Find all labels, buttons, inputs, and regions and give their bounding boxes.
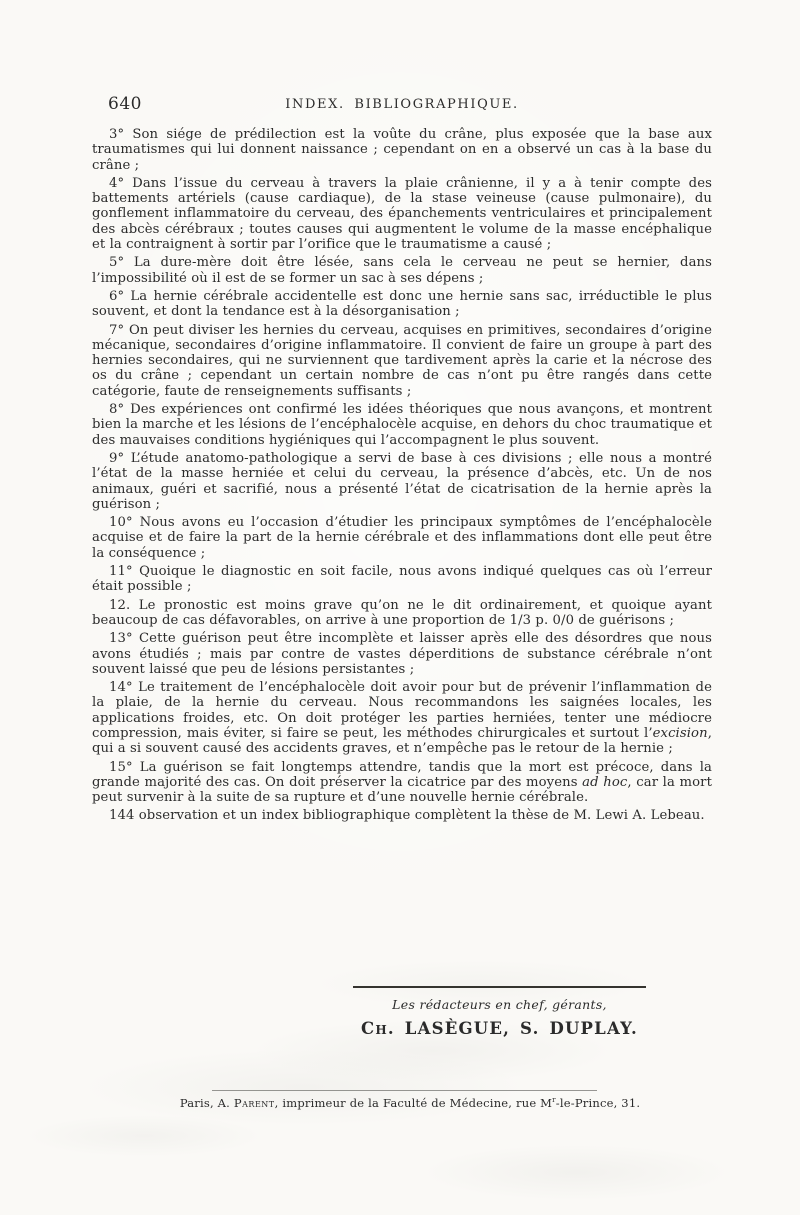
paragraph: 6° La hernie cérébrale accidentelle est … [92, 289, 712, 320]
text-segment: Parent [234, 1096, 275, 1110]
text-segment: Paris, A. [180, 1096, 234, 1110]
signature-rule [353, 986, 646, 988]
signature-names-line: Ch. LASÈGUE, S. DUPLAY. [292, 1019, 707, 1038]
text-segment: ad hoc [582, 775, 627, 790]
text-segment: 144 observation et un index bibliographi… [109, 808, 705, 823]
paragraph: 4° Dans l’issue du cerveau à travers la … [92, 176, 712, 252]
paragraph: 9° L’étude anatomo-pathologique a servi … [92, 451, 712, 512]
text-segment: 8° Des expériences ont confirmé les idée… [92, 402, 712, 448]
text-segment: 13° Cette guérison peut être incomplète … [92, 631, 712, 677]
text-segment: 5° La dure-mère doit être lésée, sans ce… [92, 255, 712, 285]
paragraph: 8° Des expériences ont confirmé les idée… [92, 402, 712, 448]
running-title: INDEX. BIBLIOGRAPHIQUE. [92, 97, 712, 112]
printer-imprint: Paris, A. Parent, imprimeur de la Facult… [100, 1090, 720, 1110]
text-segment: 12. Le pronostic est moins grave qu’on n… [92, 598, 712, 628]
text-segment: , imprimeur de la Faculté de Médecine, r… [275, 1096, 553, 1110]
paragraph: 11° Quoique le diagnostic en soit facile… [92, 564, 712, 595]
imprint-line: Paris, A. Parent, imprimeur de la Facult… [100, 1095, 720, 1110]
text-segment: 9° L’étude anatomo-pathologique a servi … [92, 451, 712, 512]
paragraph: 13° Cette guérison peut être incomplète … [92, 631, 712, 677]
paragraph: 15° La guérison se fait longtemps attend… [92, 760, 712, 806]
paragraph: 5° La dure-mère doit être lésée, sans ce… [92, 255, 712, 286]
signature-block: Les rédacteurs en chef, gérants, Ch. LAS… [292, 986, 707, 1038]
text-segment: 7° On peut diviser les hernies du cervea… [92, 323, 712, 399]
paragraph: 144 observation et un index bibliographi… [92, 808, 712, 823]
text-segment: 4° Dans l’issue du cerveau à travers la … [92, 176, 712, 252]
signature-role-line: Les rédacteurs en chef, gérants, [292, 997, 707, 1012]
text-segment: 10° Nous avons eu l’occasion d’étudier l… [92, 515, 712, 561]
imprint-rule [212, 1090, 597, 1091]
text-segment: excision [653, 726, 708, 741]
scanned-page: 640 INDEX. BIBLIOGRAPHIQUE. 3° Son siége… [0, 0, 800, 1215]
paragraph: 12. Le pronostic est moins grave qu’on n… [92, 598, 712, 629]
text-segment: 14° Le traitement de l’encéphalocèle doi… [92, 680, 712, 741]
page-number: 640 [108, 94, 142, 114]
text-segment: 11° Quoique le diagnostic en soit facile… [92, 564, 712, 594]
paragraph: 14° Le traitement de l’encéphalocèle doi… [92, 680, 712, 756]
text-segment: -le-Prince, 31. [556, 1096, 640, 1110]
paragraph-list: 3° Son siége de prédilection est la voût… [92, 127, 712, 827]
paragraph: 3° Son siége de prédilection est la voût… [92, 127, 712, 173]
paragraph: 7° On peut diviser les hernies du cervea… [92, 323, 712, 399]
paragraph: 10° Nous avons eu l’occasion d’étudier l… [92, 515, 712, 561]
text-segment: 3° Son siége de prédilection est la voût… [92, 127, 712, 173]
text-segment: 6° La hernie cérébrale accidentelle est … [92, 289, 712, 319]
page-header: 640 INDEX. BIBLIOGRAPHIQUE. [92, 97, 712, 117]
